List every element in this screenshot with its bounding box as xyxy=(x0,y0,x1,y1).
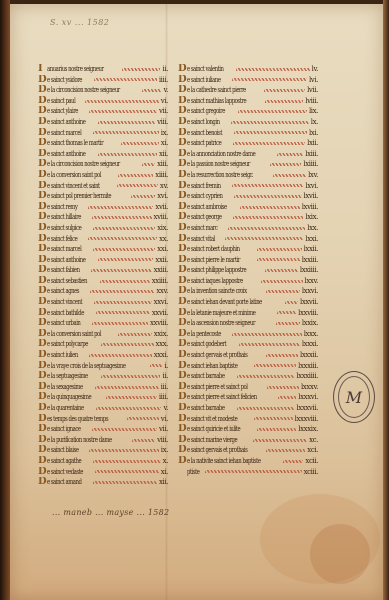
line-filler xyxy=(142,89,161,92)
initial-letter: D xyxy=(178,286,187,297)
line-number: lxvii. xyxy=(304,191,318,202)
line-number: xc. xyxy=(309,435,318,446)
line-number: ii. xyxy=(162,371,168,382)
text-line: De sainct marine viergexc. xyxy=(178,435,318,446)
line-text: e sainct agathe xyxy=(47,456,81,467)
page-right-edge xyxy=(383,0,389,600)
line-number: xxxi. xyxy=(154,350,168,361)
line-number: lxxi. xyxy=(305,234,318,245)
line-text: e sainct marcel xyxy=(47,128,81,139)
line-text: e la vraye crois de la septuagesime xyxy=(47,361,126,372)
line-number: lxxvi. xyxy=(302,286,318,297)
initial-letter: D xyxy=(38,149,47,160)
line-filler xyxy=(233,142,305,145)
text-line: De sainct philippe lappostrelxxiiii. xyxy=(178,265,318,276)
line-number: lxxiii. xyxy=(302,255,318,266)
text-line: De sainct anthoineviii. xyxy=(38,117,168,128)
line-filler xyxy=(277,311,296,314)
line-number: xviii. xyxy=(154,212,168,223)
initial-letter: D xyxy=(38,159,47,170)
line-number: lxxxiiii. xyxy=(296,371,318,382)
initial-letter: D xyxy=(38,308,47,319)
line-filler xyxy=(95,470,159,473)
line-filler xyxy=(254,417,293,420)
line-filler xyxy=(94,301,152,304)
text-line: De sainct gervais et prothaislxxxii. xyxy=(178,350,318,361)
line-number: lxxii. xyxy=(304,244,318,255)
text-line: De sainct iulienxxxi. xyxy=(38,350,168,361)
right-text-column: De sainct valentinlv.De sainct iulianelv… xyxy=(178,64,318,477)
text-line: De sainct vincentxxvi. xyxy=(38,297,168,308)
initial-letter: D xyxy=(178,64,187,75)
initial-letter: D xyxy=(178,424,187,435)
line-text: e sainct anthoine xyxy=(47,149,85,160)
initial-letter: D xyxy=(178,159,187,170)
line-filler xyxy=(225,237,304,240)
line-text: e sainct gregoire xyxy=(187,106,225,117)
text-line: ptistexciii. xyxy=(178,467,318,478)
initial-letter: D xyxy=(178,265,187,276)
text-line: De sainct urbainxxviii. xyxy=(38,318,168,329)
line-number: xx. xyxy=(159,234,168,245)
text-line: De la septuagesimeii. xyxy=(38,371,168,382)
line-filler xyxy=(232,184,303,187)
line-filler xyxy=(89,449,158,452)
line-text: e la letanie majeure et minime xyxy=(187,308,255,319)
line-number: xci. xyxy=(307,445,318,456)
initial-letter: D xyxy=(38,212,47,223)
line-filler xyxy=(266,290,300,293)
initial-letter: D xyxy=(178,329,187,340)
initial-letter: D xyxy=(178,106,187,117)
initial-letter: D xyxy=(38,181,47,192)
text-line: De sainct amandxii. xyxy=(38,477,168,488)
line-text: e sainct felice xyxy=(47,234,77,245)
text-line: De sainct iehan baptistelxxxiii. xyxy=(178,361,318,372)
line-filler xyxy=(98,258,153,261)
initial-letter: D xyxy=(178,96,187,107)
line-text: e la passion nostre seigneur xyxy=(187,159,250,170)
line-number: lxxxvi. xyxy=(298,392,318,403)
line-text: e sainct pierre et sainct pol xyxy=(187,382,248,393)
text-line: De sainct iaques lappostrelxxv. xyxy=(178,276,318,287)
line-number: xiii. xyxy=(157,159,168,170)
text-line: De sainct ignacevii. xyxy=(38,424,168,435)
text-line: De sainct anthoinexxii. xyxy=(38,255,168,266)
line-number: vii. xyxy=(159,424,168,435)
line-text: e sainct iulien xyxy=(47,350,78,361)
text-line: Ianuarius nostre seigneurii. xyxy=(38,64,168,75)
text-line: De sainct pierre et sainct felicienlxxxv… xyxy=(178,392,318,403)
initial-letter: D xyxy=(38,286,47,297)
line-text: e sainct vital xyxy=(187,234,215,245)
line-filler xyxy=(253,439,307,442)
initial-letter: D xyxy=(38,435,47,446)
initial-letter: D xyxy=(178,149,187,160)
line-number: v. xyxy=(163,85,168,96)
line-text: e sainct gervais et prothais xyxy=(187,445,247,456)
line-filler xyxy=(266,449,305,452)
initial-letter: D xyxy=(38,265,47,276)
line-number: lvi. xyxy=(309,75,318,86)
line-number: lxii. xyxy=(307,138,318,149)
line-text: e sainct remy xyxy=(47,202,77,213)
line-text: e sainct iaques lappostre xyxy=(187,276,243,287)
line-number: i. xyxy=(164,361,168,372)
line-number: lxxvii. xyxy=(300,297,318,308)
line-filler xyxy=(234,131,307,134)
line-number: viii. xyxy=(157,117,168,128)
line-number: lxv. xyxy=(308,170,318,181)
line-text: e la cathedre sainct pierre xyxy=(187,85,246,96)
line-filler xyxy=(264,89,305,92)
line-number: xvi. xyxy=(157,191,168,202)
text-line: De sainct felicexx. xyxy=(38,234,168,245)
line-filler xyxy=(257,428,296,431)
line-filler xyxy=(239,343,300,346)
text-line: De sainct vit et modestelxxxviii. xyxy=(178,414,318,425)
initial-letter: D xyxy=(178,308,187,319)
text-line: De la purification nostre dameviii. xyxy=(38,435,168,446)
line-text: e sainct pierre et sainct felicien xyxy=(187,392,257,403)
line-text: e sainct anthoine xyxy=(47,255,85,266)
line-number: xii. xyxy=(159,149,168,160)
line-text: e sainct quiricie et iulite xyxy=(187,424,240,435)
line-text: e sainct mathias lappostre xyxy=(187,96,246,107)
line-text: e sainct vit et modeste xyxy=(187,414,237,425)
text-line: De sainct marcelix. xyxy=(38,128,168,139)
line-text: e sainct philippe lappostre xyxy=(187,265,246,276)
line-text: e sainct iehan devant porte latine xyxy=(187,297,262,308)
line-number: xciii. xyxy=(304,467,318,478)
text-line: De sainct valentinlv. xyxy=(178,64,318,75)
line-text: e sainct ambroise xyxy=(187,202,227,213)
line-text: e sainct iuliane xyxy=(187,75,221,86)
text-line: De la cathedre sainct pierrelvii. xyxy=(178,85,318,96)
line-filler xyxy=(231,121,309,124)
line-text: e la quarentaine xyxy=(47,403,84,414)
text-line: De la pentecostelxxx. xyxy=(178,329,318,340)
stamp-monogram: M xyxy=(346,388,362,407)
line-text: e sainct ysidore xyxy=(47,75,82,86)
line-filler xyxy=(240,206,300,209)
line-number: lxxxi. xyxy=(302,339,318,350)
line-filler xyxy=(101,375,160,378)
text-line: De sainct anthoinexii. xyxy=(38,149,168,160)
line-text: e sainct pol premier hermite xyxy=(47,191,111,202)
line-text: e la conversion saint pol xyxy=(47,329,101,340)
line-filler xyxy=(89,354,152,357)
line-filler xyxy=(283,460,303,463)
line-filler xyxy=(228,227,305,230)
line-text: e sainct vincent xyxy=(47,297,82,308)
line-number: lxxviii. xyxy=(298,308,318,319)
line-filler xyxy=(106,396,157,399)
line-number: xi. xyxy=(161,467,168,478)
text-line: De sainct pierre et sainct pollxxxv. xyxy=(178,382,318,393)
line-number: xiiii. xyxy=(155,170,168,181)
line-number: xxiiii. xyxy=(152,276,168,287)
initial-letter: D xyxy=(178,392,187,403)
text-line: De sainct patricelxii. xyxy=(178,138,318,149)
line-number: xxi. xyxy=(157,244,168,255)
text-line: De sainct paulvi. xyxy=(38,96,168,107)
line-filler xyxy=(100,280,150,283)
initial-letter: D xyxy=(38,350,47,361)
text-line: De la sexagesimeiii. xyxy=(38,382,168,393)
line-filler xyxy=(273,174,306,177)
line-text: e sainct fremin xyxy=(187,181,221,192)
line-text: e la nativite sainct iehan baptiste xyxy=(187,456,261,467)
manuscript-page: S. xv ... 1582 Ianuarius nostre seigneur… xyxy=(10,4,384,600)
line-number: vi. xyxy=(161,96,168,107)
line-number: xv. xyxy=(160,181,168,192)
initial-letter: D xyxy=(178,371,187,382)
line-number: v. xyxy=(163,403,168,414)
text-line: De la conversion saint polxiiii. xyxy=(38,170,168,181)
line-filler xyxy=(92,216,151,219)
line-number: lxiii. xyxy=(305,149,318,160)
line-text: e la circoncision nostre seigneur xyxy=(47,85,120,96)
text-line: De sainct ambroiselxviii. xyxy=(178,202,318,213)
initial-letter: D xyxy=(178,339,187,350)
line-text: e la sexagesime xyxy=(47,382,83,393)
initial-letter: D xyxy=(38,106,47,117)
line-text: e sainct cyprien xyxy=(187,191,222,202)
initial-letter: D xyxy=(178,181,187,192)
text-line: De sainct marcelxxi. xyxy=(38,244,168,255)
line-text: es temps des quatre temps xyxy=(47,414,108,425)
line-text: e la invention saincte croix xyxy=(187,286,247,297)
line-text: e sainct marcel xyxy=(47,244,81,255)
text-line: De la letanie majeure et minimelxxviii. xyxy=(178,308,318,319)
line-filler xyxy=(95,386,159,389)
text-line: De la resurrection nostre seigr.lxv. xyxy=(178,170,318,181)
line-text: e sainct patrice xyxy=(187,138,221,149)
text-line: De la invention saincte croixlxxvi. xyxy=(178,286,318,297)
text-line: De sainct gervais et prothaisxci. xyxy=(178,445,318,456)
line-filler xyxy=(117,184,158,187)
line-text: e sainct robert dauphin xyxy=(187,244,240,255)
line-number: vi. xyxy=(161,414,168,425)
initial-letter: D xyxy=(38,382,47,393)
initial-letter: D xyxy=(178,276,187,287)
initial-letter: D xyxy=(38,339,47,350)
text-line: De sainct godebertlxxxi. xyxy=(178,339,318,350)
text-line: De sainct gregoirelix. xyxy=(178,106,318,117)
text-line: De sainct vincent et saintxv. xyxy=(38,181,168,192)
line-number: x. xyxy=(163,456,168,467)
line-text: e la ascension nostre seigneur xyxy=(187,318,255,329)
line-number: xxvii. xyxy=(152,308,168,319)
initial-letter: D xyxy=(38,424,47,435)
text-line: De la quinquagesimeiiii. xyxy=(38,392,168,403)
initial-letter: D xyxy=(38,85,47,96)
line-text: e sainct vedaste xyxy=(47,467,83,478)
line-text: e sainct bathilde xyxy=(47,308,84,319)
initial-letter: D xyxy=(178,85,187,96)
line-filler xyxy=(94,78,157,81)
line-number: iiii. xyxy=(159,392,168,403)
text-line: De sainct agnesxxv. xyxy=(38,286,168,297)
initial-letter: D xyxy=(38,75,47,86)
line-text: e sainct valentin xyxy=(187,64,224,75)
initial-letter: D xyxy=(38,255,47,266)
line-number: ii. xyxy=(162,64,168,75)
line-number: lvii. xyxy=(307,85,318,96)
text-line: De sainct robert dauphinlxxii. xyxy=(178,244,318,255)
line-filler xyxy=(276,322,300,325)
line-number: lxxix. xyxy=(302,318,318,329)
line-filler xyxy=(254,364,297,367)
line-number: lx. xyxy=(311,117,318,128)
text-line: De la conversion saint polxxix. xyxy=(38,329,168,340)
line-filler xyxy=(98,153,157,156)
line-text: e sainct sebastien xyxy=(47,276,87,287)
initial-letter: D xyxy=(178,223,187,234)
line-filler xyxy=(205,470,302,473)
line-text: e sainct hillaire xyxy=(47,212,81,223)
line-text: e sainct sulpice xyxy=(47,223,81,234)
line-text: e sainct iehan baptiste xyxy=(187,361,237,372)
line-text: e la septuagesime xyxy=(47,371,88,382)
line-filler xyxy=(236,68,310,71)
initial-letter: D xyxy=(178,244,187,255)
text-line: De sainct blaiseix. xyxy=(38,445,168,456)
text-line: De sainct sulpicexix. xyxy=(38,223,168,234)
initial-letter: D xyxy=(38,445,47,456)
line-number: lxiiii. xyxy=(303,159,318,170)
line-number: xxix. xyxy=(154,329,168,340)
initial-letter: D xyxy=(178,128,187,139)
line-filler xyxy=(142,163,155,166)
initial-letter: D xyxy=(38,392,47,403)
line-text: e sainct agnes xyxy=(47,286,79,297)
line-number: lxxxviii. xyxy=(295,414,318,425)
line-filler xyxy=(277,153,304,156)
initial-letter: D xyxy=(38,329,47,340)
text-line: De sainct fabienxxiii. xyxy=(38,265,168,276)
line-number: xxiii. xyxy=(154,265,168,276)
line-text: e sainct gervais et prothais xyxy=(187,350,247,361)
text-line: De sainct agathex. xyxy=(38,456,168,467)
initial-letter: D xyxy=(38,234,47,245)
line-text: e sainct vincent et saint xyxy=(47,181,100,192)
line-text: e sainct godebert xyxy=(187,339,226,350)
line-filler xyxy=(257,248,302,251)
footer-annotation: ... maneb ... mayse ... 1582 xyxy=(52,508,169,517)
initial-letter: D xyxy=(38,138,47,149)
left-text-column: Ianuarius nostre seigneurii.De sainct ys… xyxy=(38,64,168,488)
initial-letter: D xyxy=(38,244,47,255)
line-number: lxxxix. xyxy=(298,424,318,435)
line-filler xyxy=(233,216,303,219)
line-filler xyxy=(232,333,301,336)
line-number: lxx. xyxy=(307,223,318,234)
line-filler xyxy=(88,206,153,209)
line-filler xyxy=(122,68,161,71)
line-text: e sainct marc xyxy=(187,223,217,234)
text-line: De sainct barnabelxxxvii. xyxy=(178,403,318,414)
text-line: De sainct barnabelxxxiiii. xyxy=(178,371,318,382)
initial-letter: D xyxy=(178,456,187,467)
line-filler xyxy=(127,417,158,420)
line-number: lxxxv. xyxy=(301,382,318,393)
text-line: De sainct ylairevii. xyxy=(38,106,168,117)
library-stamp-icon: M xyxy=(333,371,375,423)
line-number: lviii. xyxy=(305,96,318,107)
line-number: xxvi. xyxy=(154,297,168,308)
line-text: e sainct ignace xyxy=(47,424,81,435)
line-filler xyxy=(265,269,298,272)
initial-letter: D xyxy=(38,276,47,287)
initial-letter: D xyxy=(178,403,187,414)
line-text: e sainct paul xyxy=(47,96,75,107)
text-line: De sainct iulianelvi. xyxy=(178,75,318,86)
line-number: lv. xyxy=(312,64,318,75)
line-text: e la quinquagesime xyxy=(47,392,91,403)
initial-letter: I xyxy=(38,64,47,75)
line-text: ptiste xyxy=(187,467,199,478)
line-number: ix. xyxy=(161,445,168,456)
line-filler xyxy=(91,269,152,272)
line-text: e sainct george xyxy=(187,212,222,223)
line-filler xyxy=(93,481,157,484)
line-text: e sainct pierre le martir xyxy=(187,255,240,266)
text-line: De sainct georgelxix. xyxy=(178,212,318,223)
initial-letter: D xyxy=(178,297,187,308)
text-line: De sainct vitallxxi. xyxy=(178,234,318,245)
line-number: xxii. xyxy=(155,255,168,266)
line-text: e sainct ylaire xyxy=(47,106,78,117)
initial-letter: D xyxy=(178,361,187,372)
text-line: De sainct freminlxvi. xyxy=(178,181,318,192)
parchment-stain xyxy=(310,524,370,584)
text-line: De la quarentainev. xyxy=(38,403,168,414)
line-filler xyxy=(93,131,159,134)
initial-letter: D xyxy=(38,361,47,372)
line-text: e sainct amand xyxy=(47,477,81,488)
line-filler xyxy=(118,174,153,177)
line-text: e la annonciation nostre dame xyxy=(187,149,255,160)
line-number: lxxxii. xyxy=(300,350,318,361)
initial-letter: D xyxy=(38,128,47,139)
line-text: e sainct urbain xyxy=(47,318,80,329)
line-filler xyxy=(96,407,161,410)
initial-letter: D xyxy=(178,191,187,202)
initial-letter: D xyxy=(178,234,187,245)
text-line: De sainct cyprienlxvii. xyxy=(178,191,318,202)
initial-letter: D xyxy=(38,117,47,128)
line-filler xyxy=(267,386,299,389)
initial-letter: D xyxy=(38,191,47,202)
line-text: e sainct longin xyxy=(187,117,220,128)
initial-letter: D xyxy=(178,202,187,213)
line-filler xyxy=(261,280,303,283)
line-filler xyxy=(131,195,155,198)
line-number: xcii. xyxy=(305,456,318,467)
line-filler xyxy=(89,110,157,113)
line-filler xyxy=(234,195,301,198)
text-line: De la passion nostre seigneurlxiiii. xyxy=(178,159,318,170)
line-filler xyxy=(93,248,155,251)
line-filler xyxy=(285,301,298,304)
text-line: De la vraye crois de la septuagesimei. xyxy=(38,361,168,372)
text-line: De la circoncision nostre seigneurxiii. xyxy=(38,159,168,170)
line-filler xyxy=(93,460,161,463)
initial-letter: D xyxy=(38,477,47,488)
line-number: lxxx. xyxy=(304,329,318,340)
